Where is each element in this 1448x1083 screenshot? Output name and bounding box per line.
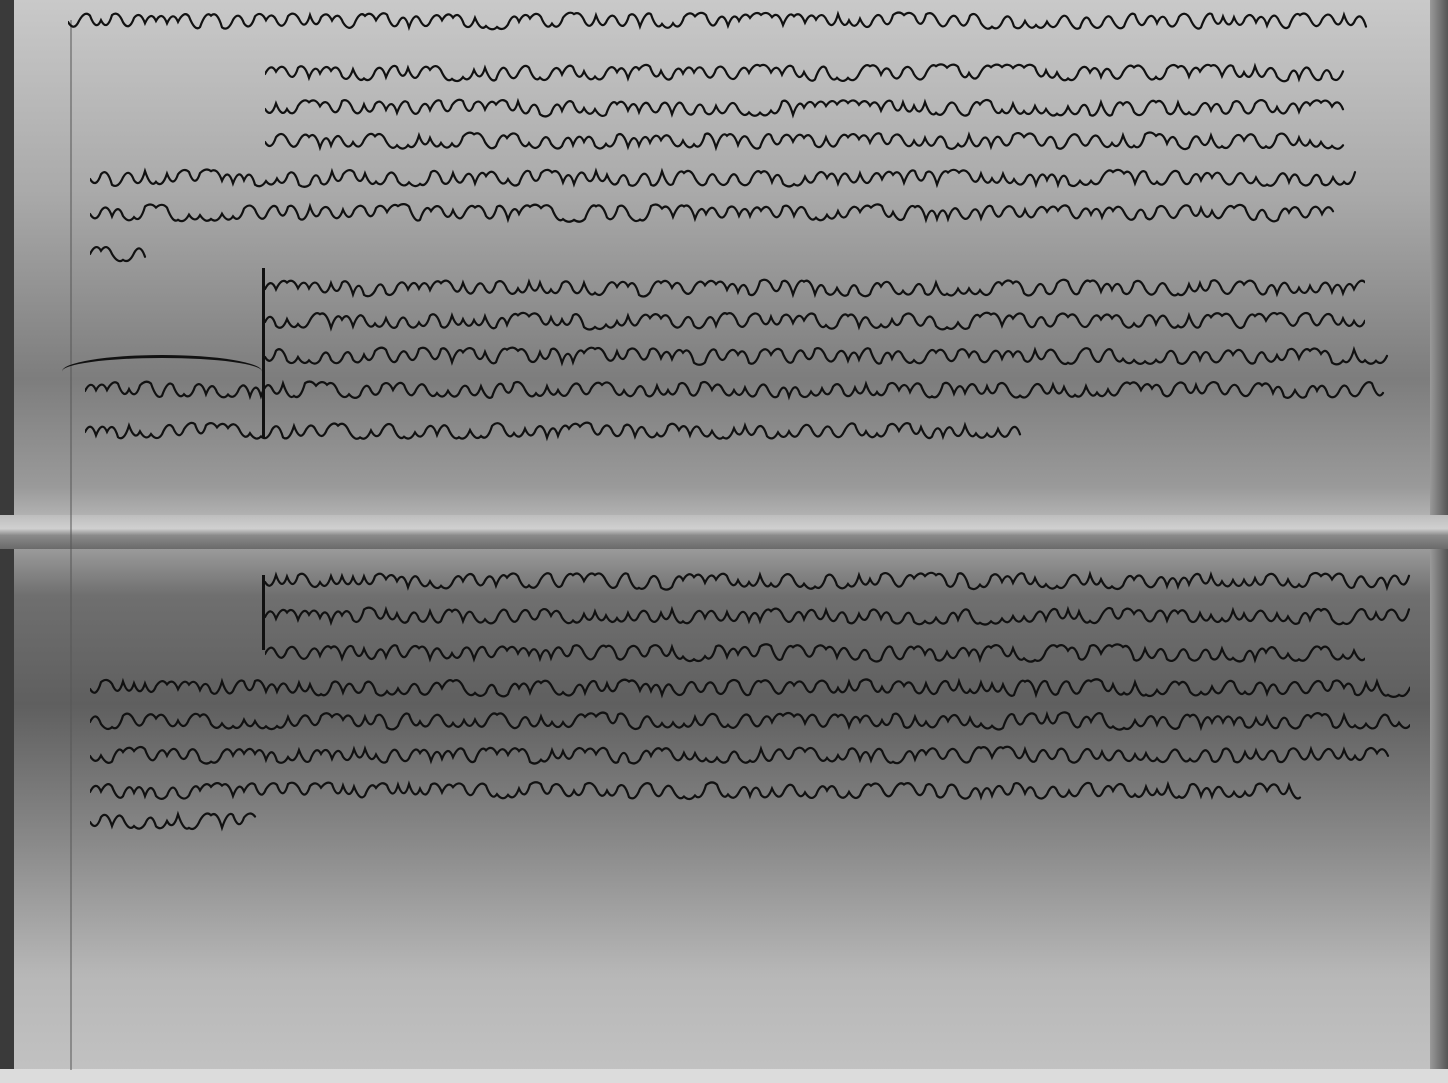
script-line bbox=[85, 377, 1385, 403]
script-line bbox=[265, 568, 1415, 594]
script-line bbox=[265, 640, 1365, 666]
bottom-edge bbox=[0, 1069, 1448, 1083]
manuscript-page: ရှာရင်းဆော ကျိုးသာဝဒ္ဓ bbox=[0, 0, 1448, 1083]
script-line bbox=[85, 418, 1025, 444]
script-line bbox=[90, 808, 260, 834]
script-line bbox=[265, 308, 1365, 334]
script-line bbox=[265, 95, 1345, 121]
script-line bbox=[265, 343, 1395, 369]
script-line bbox=[90, 778, 1310, 804]
script-line bbox=[90, 165, 1360, 191]
script-line bbox=[90, 200, 1340, 226]
script-line bbox=[265, 603, 1415, 629]
script-line bbox=[68, 8, 1368, 34]
script-line bbox=[265, 275, 1365, 301]
script-line bbox=[90, 675, 1410, 701]
script-line bbox=[90, 742, 1390, 768]
margin-rule bbox=[70, 20, 72, 1070]
script-line bbox=[90, 708, 1410, 734]
script-line bbox=[90, 240, 150, 266]
script-line bbox=[265, 60, 1345, 86]
page-fold bbox=[0, 515, 1448, 549]
script-line bbox=[265, 128, 1345, 154]
